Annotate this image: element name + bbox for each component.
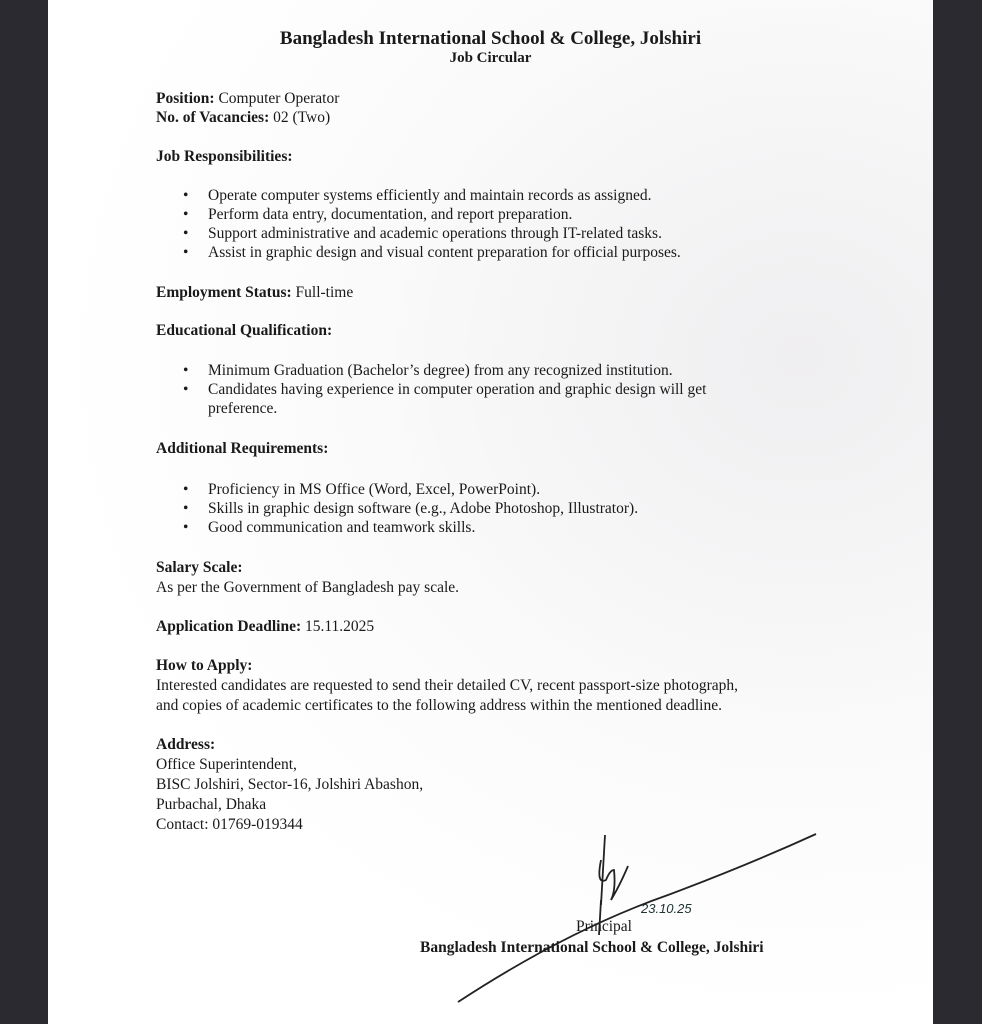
job-circular-document: Bangladesh International School & Colleg… xyxy=(48,0,933,1024)
handwritten-date: 23.10.25 xyxy=(640,901,692,916)
signature-icon: 23.10.25 xyxy=(48,0,933,1024)
signatory-title: Principal xyxy=(576,918,632,936)
signatory-institution: Bangladesh International School & Colleg… xyxy=(420,939,764,957)
